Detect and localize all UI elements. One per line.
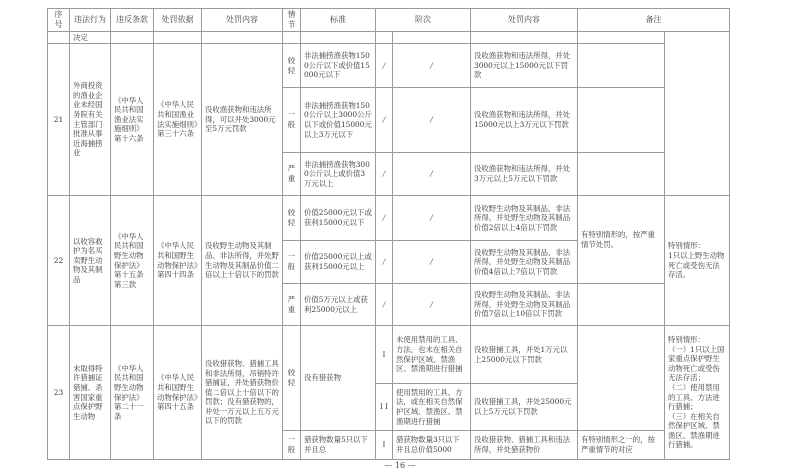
note-cell (578, 284, 665, 326)
penalty-content-cell: 没收野生动物及其制品、非法所得，并处野生动物及其制品价值二倍以上十倍以下的罚款 (202, 196, 283, 326)
standard-cell: 价值25000元以下或获利15000元以下 (301, 196, 376, 241)
header-seq: 序号 (48, 9, 70, 32)
level-a-cell: / (376, 88, 393, 153)
violated-clause-cell: 《中华人民共和国渔业法实施细则》第十六条 (111, 44, 154, 196)
circumstance-cell: 较轻 (283, 326, 301, 431)
seq-cell: 21 (48, 44, 70, 196)
violation-cell: 以收容救护为名买卖野生动物及其制品 (70, 196, 111, 326)
level-a-cell: / (376, 241, 393, 284)
note-cell (578, 88, 665, 153)
penalty-detail-cell: 没收猎捕工具，并处25000元以上5万元以下罚款 (471, 384, 578, 431)
violated-clause-cell: 《中华人民共和国野生动物保护法》第二十一条 (111, 326, 154, 460)
header-violation: 违法行为 (70, 9, 111, 32)
penalty-detail-cell: 没收野生动物及其制品、非法所得，并处野生动物及其制品价值2倍以上4倍以下罚款 (471, 196, 578, 241)
standard-cell: 非法捕捞渔获物1500公斤以上3000公斤以下或价值15000元以上3万元以下 (301, 88, 376, 153)
penalty-basis-cell: 《中华人民共和国渔业法实施细则》第三十六条 (154, 44, 202, 196)
standard-cell: 非法捕捞渔获物3000公斤以上或价值3万元以上 (301, 153, 376, 196)
circumstance-cell: 较轻 (283, 196, 301, 241)
level-b-cell: 未使用禁用的工具、方法，也未在相关自然保护区域、禁渔区、禁渔期进行猎捕 (393, 326, 471, 384)
header-penalty-basis: 处罚依据 (154, 9, 202, 32)
level-b-cell: / (393, 88, 471, 153)
table-row: 23 未取得特许猎捕证猎捕、杀害国家重点保护野生动物 《中华人民共和国野生动物保… (48, 326, 730, 384)
remark-main-21 (665, 32, 730, 196)
header-standard: 标准 (301, 9, 376, 32)
penalty-detail-cell: 没收野生动物及其制品、非法所得，并处野生动物及其制品价值7倍以上10倍以下罚款 (471, 284, 578, 326)
header-row: 序号 违法行为 违反条款 处罚依据 处罚内容 情节 标准 阶次 处罚内容 备注 (48, 9, 730, 32)
header-penalty-content: 处罚内容 (202, 9, 283, 32)
violation-cell: 外商投资的渔业企业未经国务院有关主管部门批准从事近海捕捞业 (70, 44, 111, 196)
note-cell (578, 44, 665, 88)
level-b-cell: / (393, 153, 471, 196)
circumstance-cell: 严重 (283, 153, 301, 196)
penalty-detail-cell: 没收渔获物和违法所得，并处3000元以上15000元以下罚款 (471, 44, 578, 88)
violated-clause-cell: 《中华人民共和国野生动物保护法》第十五条第三款 (111, 196, 154, 326)
header-circumstance: 情节 (283, 9, 301, 32)
header-remarks: 备注 (578, 9, 730, 32)
penalty-detail-cell: 没收渔获物和违法所得，并处15000元以上3万元以下罚款 (471, 88, 578, 153)
document-page: 序号 违法行为 违反条款 处罚依据 处罚内容 情节 标准 阶次 处罚内容 备注 … (0, 0, 800, 474)
seq-cell: 23 (48, 326, 70, 460)
remark-main-23: 特别情形： （一）1只以上国家重点保护野生动物死亡或受伤无法存活； （二）使用禁… (665, 326, 730, 460)
level-b-cell: 使用禁用的工具、方法，或在相关自然保护区域、禁渔区、禁渔期进行猎捕 (393, 384, 471, 431)
penalty-standards-table: 序号 违法行为 违反条款 处罚依据 处罚内容 情节 标准 阶次 处罚内容 备注 … (47, 8, 730, 460)
circumstance-cell: 一般 (283, 241, 301, 284)
note-cell: 有特别情形的，按严重情节处罚。 (578, 196, 665, 284)
standard-cell: 非法捕捞渔获物1500公斤以下或价值15000元以下 (301, 44, 376, 88)
violation-cell: 未取得特许猎捕证猎捕、杀害国家重点保护野生动物 (70, 326, 111, 460)
standard-cell: 没有猎获物 (301, 326, 376, 431)
note-cell: 有特别情形之一的，按严重情节的对应 (578, 431, 665, 460)
level-a-cell: / (376, 153, 393, 196)
note-cell (578, 153, 665, 196)
circumstance-cell: 一般 (283, 88, 301, 153)
level-b-cell: / (393, 241, 471, 284)
level-b-cell: / (393, 284, 471, 326)
remark-main-22: 特别情形： 1只以上野生动物死亡或受伤无法存活。 (665, 196, 730, 326)
carryover-violation: 决定 (70, 32, 111, 44)
penalty-content-cell: 没收猎获物、猎捕工具和非法所得，吊销特许猎捕证，并处猎获物价值二倍以上十倍以下的… (202, 326, 283, 460)
circumstance-cell: 严重 (283, 284, 301, 326)
page-number: — 16 — (0, 461, 800, 470)
level-a-cell: / (376, 44, 393, 88)
level-b-cell: 猎获物数量3只以下并且总价值5000 (393, 431, 471, 460)
circumstance-cell: 较轻 (283, 44, 301, 88)
seq-cell: 22 (48, 196, 70, 326)
penalty-basis-cell: 《中华人民共和国野生动物保护法》第四十四条 (154, 196, 202, 326)
penalty-detail-cell: 没收猎获物、猎捕工具和违法所得，并处猎获物价 (471, 431, 578, 460)
penalty-content-cell: 没收渔获物和违法所得，可以并处3000元至5万元罚款 (202, 44, 283, 196)
level-a-cell: I (376, 326, 393, 384)
standard-cell: 猎获物数量5只以下并且总 (301, 431, 376, 460)
table-row: 22 以收容救护为名买卖野生动物及其制品 《中华人民共和国野生动物保护法》第十五… (48, 196, 730, 241)
header-penalty-detail: 处罚内容 (471, 9, 578, 32)
circumstance-cell: 一般 (283, 431, 301, 460)
penalty-basis-cell: 《中华人民共和国野生动物保护法》第四十五条 (154, 326, 202, 460)
level-a-cell: / (376, 284, 393, 326)
level-b-cell: / (393, 196, 471, 241)
level-a-cell: I (376, 431, 393, 460)
header-violated-clause: 违反条款 (111, 9, 154, 32)
standard-cell: 价值5万元以上或获利25000元以上 (301, 284, 376, 326)
table-row: 21 外商投资的渔业企业未经国务院有关主管部门批准从事近海捕捞业 《中华人民共和… (48, 44, 730, 88)
level-a-cell: / (376, 196, 393, 241)
penalty-detail-cell: 没收渔获物和违法所得，并处3万元以上5万元以下罚款 (471, 153, 578, 196)
level-a-cell: I I (376, 384, 393, 431)
note-cell (578, 326, 665, 431)
header-level: 阶次 (376, 9, 471, 32)
penalty-detail-cell: 没收猎捕工具，并处1万元以上25000元以下罚款 (471, 326, 578, 384)
standard-cell: 价值25000元以上或获利15000元以上 (301, 241, 376, 284)
penalty-detail-cell: 没收野生动物及其制品、非法所得，并处野生动物及其制品价值4倍以上7倍以下罚款 (471, 241, 578, 284)
level-b-cell: / (393, 44, 471, 88)
carryover-row: 决定 (48, 32, 730, 44)
